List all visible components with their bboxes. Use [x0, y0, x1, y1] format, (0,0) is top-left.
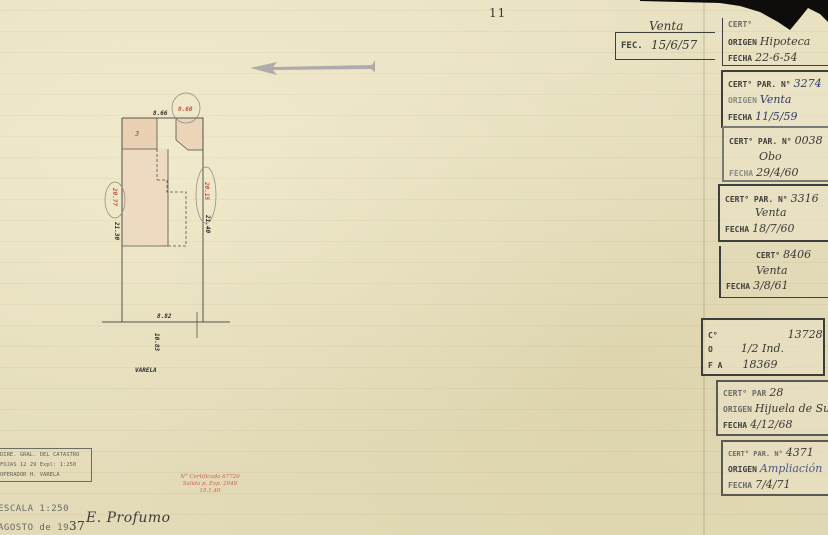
- date-year: 37: [69, 519, 85, 533]
- cert-number-label: CERT° PAR. N°: [728, 80, 791, 89]
- cert-number-row: C°13728: [708, 328, 823, 341]
- scale-label: ESCALA 1:250: [0, 504, 69, 514]
- document-date: AGOSTO de 1937: [0, 519, 85, 533]
- cert-origin: Venta: [756, 264, 788, 277]
- cert-date: 29/4/60: [756, 166, 798, 179]
- cert-stamp-0: CERT° ORIGENHipoteca FECHA22-6-54: [722, 18, 828, 66]
- cert-stamp-6: C°13728 O1/2 Ind. F A18369: [701, 318, 825, 376]
- cert-date-row: FECHA29/4/60: [729, 166, 799, 179]
- cert-origin: 1/2 Ind.: [741, 342, 784, 355]
- cert-origin-row: ORIGENHipoteca: [728, 35, 810, 48]
- front-dimension-red: 0.60: [178, 106, 192, 113]
- date-prefix: AGOSTO de 19: [0, 523, 69, 533]
- cert-number: 13728: [788, 328, 823, 341]
- right-dimension: 21.40: [204, 215, 211, 233]
- cert-origin: Obo: [759, 150, 782, 163]
- left-dimension-red: 20.77: [111, 188, 118, 206]
- cert-origin-row: Venta: [726, 264, 788, 277]
- cert-origin-row: ORIGENVenta: [728, 93, 791, 106]
- cert-date: 22-6-54: [755, 51, 797, 64]
- sheet-overlap-edge: [703, 0, 705, 535]
- right-dimension-red: 20.15: [203, 182, 210, 200]
- cert-origin-row: Obo: [729, 150, 782, 163]
- cert-date-row: FECHA4/12/68: [723, 418, 793, 431]
- cert-date-row: FECHA3/8/61: [726, 279, 789, 292]
- cert-date: 11/5/59: [755, 110, 797, 123]
- cert-origin: Ampliación: [760, 462, 822, 475]
- office-stamp-line: OPERADOR H. VARELA: [0, 470, 88, 480]
- lot-number: 3: [135, 130, 139, 138]
- cert-number: 8406: [783, 248, 811, 261]
- cert-number: 3316: [791, 192, 819, 205]
- cert-origin: Venta: [755, 206, 787, 219]
- cert-number-label: C°: [708, 331, 718, 340]
- cert-origin: Hipoteca: [760, 35, 810, 48]
- cert-number-label: CERT° PAR. N°: [729, 137, 792, 146]
- cert-stamp-5: CERT°8406 Venta FECHA3/8/61: [719, 246, 828, 298]
- office-stamp-line: FOJAS 12 29 Expl: 1:250: [0, 460, 88, 470]
- cert-date-row: FECHA7/4/71: [728, 478, 791, 491]
- cert-stamp-7: CERT° PAR28 ORIGENHijuela de Suc. FECHA4…: [716, 380, 828, 436]
- cert-origin-row: ORIGENAmpliación: [728, 462, 822, 475]
- fecha-label: FECHA: [728, 54, 752, 63]
- cert-date: 18/7/60: [752, 222, 794, 235]
- cert-number-row: CERT° PAR28: [723, 386, 783, 399]
- cert-origin-row: O1/2 Ind.: [708, 342, 784, 355]
- cert-date: 7/4/71: [755, 478, 790, 491]
- north-arrow-icon: [247, 56, 377, 80]
- cert-date-hand: 15/6/57: [651, 38, 697, 52]
- office-stamp-line: DIRE. GRAL. DEL CATASTRO: [0, 450, 88, 460]
- cert-number-row: CERT° PAR. N°3274: [728, 77, 822, 90]
- cert-number-row: CERT° PAR. N°4371: [728, 446, 814, 459]
- cert-stamp-handwritten: FEC. Venta 15/6/57: [615, 32, 715, 60]
- cert-origin: Venta: [760, 93, 792, 106]
- street-distance: 10.83: [153, 333, 160, 351]
- cert-date-row: FECHA22-6-54: [728, 51, 798, 64]
- page-mark: 11: [489, 6, 506, 20]
- cert-origin-hand: Venta: [649, 19, 683, 33]
- cert-date-row: F A18369: [708, 358, 777, 371]
- cert-number: 4371: [786, 446, 814, 459]
- street-name: VARELA: [135, 367, 157, 374]
- cert-date-row: FECHA18/7/60: [725, 222, 795, 235]
- cert-number-label: CERT°: [756, 251, 780, 260]
- cert-number-label: CERT° PAR. N°: [725, 195, 788, 204]
- cert-date: 18369: [742, 358, 777, 371]
- red-note-line: Salida p. Exp. 2048: [150, 481, 270, 488]
- red-note-line: 15.1.40: [150, 488, 270, 495]
- cert-origin-row: Venta: [725, 206, 787, 219]
- cert-number: 28: [769, 386, 783, 399]
- cert-number-row: CERT°8406: [726, 248, 811, 261]
- cert-number-label: CERT°: [728, 20, 752, 29]
- cert-origin-row: ORIGENHijuela de Suc.: [723, 402, 828, 415]
- cert-number-row: CERT° PAR. N°0038: [729, 134, 823, 147]
- lot-plan: 8.66 0.60 3 20.77 21.30 20.15 21.40 8.82…: [100, 80, 250, 380]
- cert-number-label: CERT° PAR. N°: [728, 450, 783, 458]
- cert-number: 3274: [794, 77, 822, 90]
- cert-date: 4/12/68: [750, 418, 792, 431]
- cert-date: 3/8/61: [753, 279, 788, 292]
- cert-stamp-2: CERT° PAR. N°3274 ORIGENVenta FECHA11/5/…: [721, 70, 828, 128]
- cert-date-row: FECHA11/5/59: [728, 110, 798, 123]
- red-note-line: N° Certificado 67720: [150, 474, 270, 481]
- cert-number: 0038: [795, 134, 823, 147]
- cert-stamp-8: CERT° PAR. N°4371 ORIGENAmpliación FECHA…: [721, 440, 828, 496]
- cert-number-row: CERT° PAR. N°3316: [725, 192, 819, 205]
- fecha-label: FEC.: [621, 41, 643, 51]
- cert-stamp-4: CERT° PAR. N°3316 Venta FECHA18/7/60: [718, 184, 828, 242]
- back-dimension: 8.82: [157, 313, 171, 320]
- red-certificate-note: N° Certificado 67720 Salida p. Exp. 2048…: [150, 474, 270, 495]
- cert-stamp-3: CERT° PAR. N°0038 Obo FECHA29/4/60: [722, 126, 828, 182]
- cadastre-office-stamp: DIRE. GRAL. DEL CATASTRO FOJAS 12 29 Exp…: [0, 448, 92, 482]
- cert-origin: Hijuela de Suc.: [755, 402, 828, 415]
- surveyor-signature: E. Profumo: [86, 510, 171, 526]
- left-dimension: 21.30: [113, 222, 120, 240]
- front-dimension: 8.66: [153, 110, 167, 117]
